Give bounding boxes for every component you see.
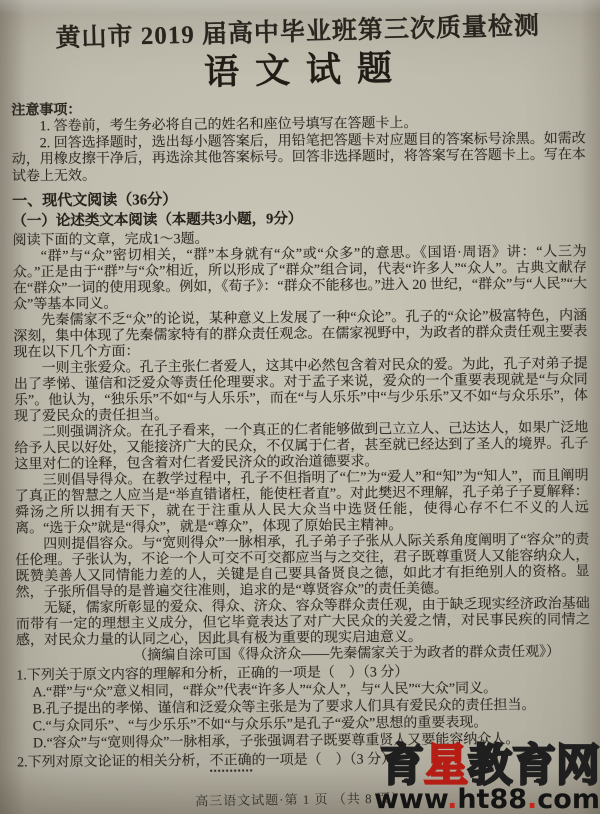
watermark-site-name: 育星教育网 bbox=[374, 744, 600, 788]
watermark-url-part: ht88 bbox=[457, 784, 527, 814]
passage-paragraph-7: 无疑，儒家所彰显的爱众、得众、济众、容众等群众责任观，由于缺乏现实经济政治基础而… bbox=[16, 596, 590, 649]
passage-paragraph-2: 先秦儒家不乏“众”的论说，某种意义上发展了一种“众论”。孔子的“众论”极富特色，… bbox=[13, 308, 587, 361]
watermark-url: www.ht88.com bbox=[374, 785, 600, 814]
watermark-url-part: com bbox=[537, 784, 600, 814]
watermark-char-red: 星 bbox=[424, 741, 468, 790]
passage-paragraph-1: “群”与“众”密切相关，“群”本身就有“众”或“众多”的意思。《国语·周语》讲：… bbox=[13, 244, 588, 313]
reading-passage: “群”与“众”密切相关，“群”本身就有“众”或“众多”的意思。《国语·周语》讲：… bbox=[13, 244, 591, 665]
watermark: 育星教育网 www.ht88.com bbox=[374, 744, 600, 814]
watermark-char: 育 bbox=[512, 741, 556, 790]
page-content: 黄山市 2019 届高中毕业班第三次质量检测 语文试题 注意事项： 1. 答卷前… bbox=[0, 0, 600, 814]
passage-paragraph-3: 一则主张爱众。孔子主张仁者爱人，这其中必然包含着对民众的爱。为此，孔子对弟子提出… bbox=[14, 356, 589, 425]
scanned-exam-page: 黄山市 2019 届高中毕业班第三次质量检测 语文试题 注意事项： 1. 答卷前… bbox=[0, 0, 600, 814]
watermark-char: 育 bbox=[380, 741, 424, 790]
notice-section: 注意事项： 1. 答卷前，考生务必将自己的姓名和座位号填写在答题卡上。 2. 回… bbox=[11, 97, 586, 185]
watermark-char: 教 bbox=[468, 741, 512, 790]
question-2-stem-emphasis: 不正确 bbox=[210, 753, 252, 771]
watermark-url-dot: . bbox=[447, 784, 457, 814]
section-subheading: （一）论述类文本阅读（本题共3小题，9分） bbox=[12, 207, 586, 230]
watermark-url-part: www bbox=[374, 784, 447, 814]
passage-paragraph-5: 三则倡导得众。在教学过程中，孔子不但指明了“仁”为“爱人”和“知”为“知人”，而… bbox=[15, 468, 590, 537]
question-2-stem-before: 2.下列对原文论证的相关分析， bbox=[17, 754, 210, 771]
passage-paragraph-6: 四则提倡容众。与“宽则得众”一脉相承，孔子弟子子张从人际关系角度阐明了“容众”的… bbox=[15, 532, 590, 601]
watermark-char: 网 bbox=[556, 741, 600, 790]
notice-item-2: 2. 回答选择题时，选出每小题答案后，用铅笔把答题卡对应题目的答案标号涂黑。如需… bbox=[12, 131, 586, 186]
watermark-url-dot: . bbox=[527, 784, 537, 814]
passage-paragraph-4: 二则强调济众。在孔子看来，一个真正的仁者能够做到己立立人、己达达人，如果广泛地给… bbox=[14, 420, 588, 473]
